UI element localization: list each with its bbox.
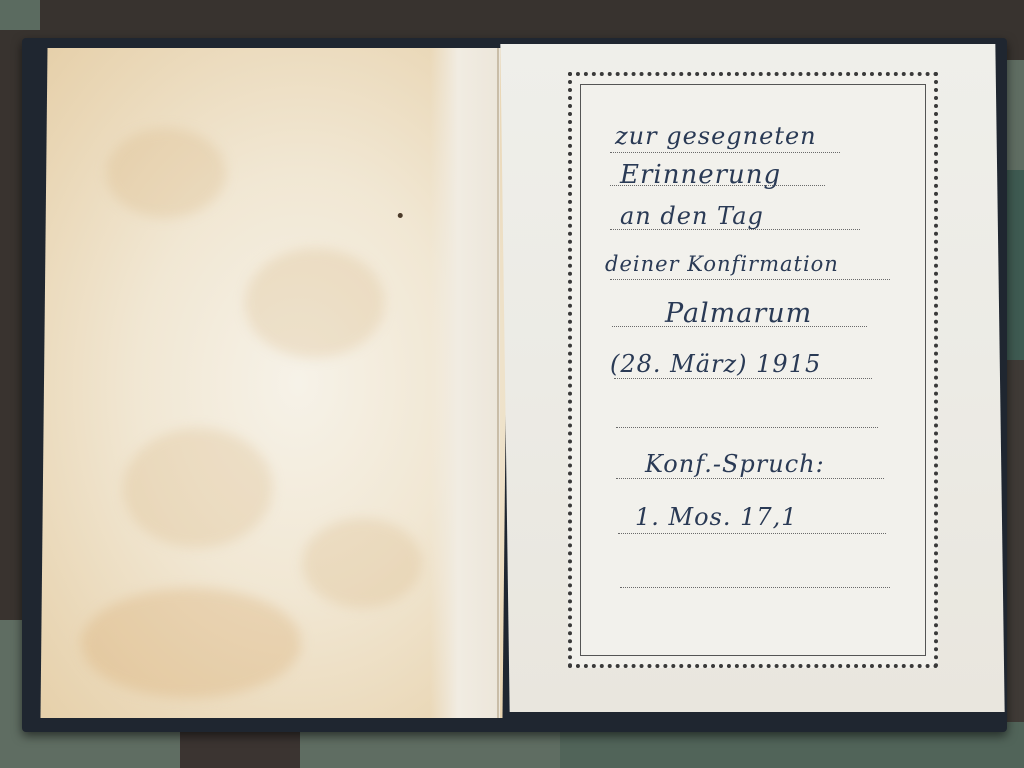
inscription-line-6: (28. März) 1915 <box>610 350 821 378</box>
inscription-line-5: Palmarum <box>665 298 812 329</box>
inscription-line-9: 1. Mos. 17,1 <box>635 503 798 531</box>
ink-speck <box>398 213 403 218</box>
inscription-line-1: zur gesegneten <box>615 122 817 150</box>
binding-seam <box>497 48 499 718</box>
foxing-stain <box>302 518 423 608</box>
inscription-line-4: deiner Konfirmation <box>605 252 839 276</box>
foxing-stain <box>106 128 227 218</box>
foxing-stain <box>81 588 302 698</box>
ruled-line-6 <box>614 378 872 379</box>
foxing-stain <box>122 428 273 548</box>
inscription-line-8: Konf.-Spruch: <box>645 450 825 478</box>
camo-patch-green-left <box>0 0 40 30</box>
ruled-line-7 <box>616 427 878 428</box>
inscription-line-3: an den Tag <box>620 202 764 230</box>
ruled-line-8 <box>616 478 884 479</box>
foxing-stain <box>244 248 385 358</box>
ruled-line-4 <box>610 279 890 280</box>
camo-patch-dark-left <box>0 60 22 620</box>
ruled-line-10 <box>620 587 890 588</box>
ruled-line-9 <box>618 533 886 534</box>
camo-patch-dark-bottom <box>180 728 300 768</box>
page-gutter <box>430 48 500 718</box>
inscription-line-2: Erinnerung <box>620 160 781 190</box>
ruled-line-1 <box>610 152 840 153</box>
